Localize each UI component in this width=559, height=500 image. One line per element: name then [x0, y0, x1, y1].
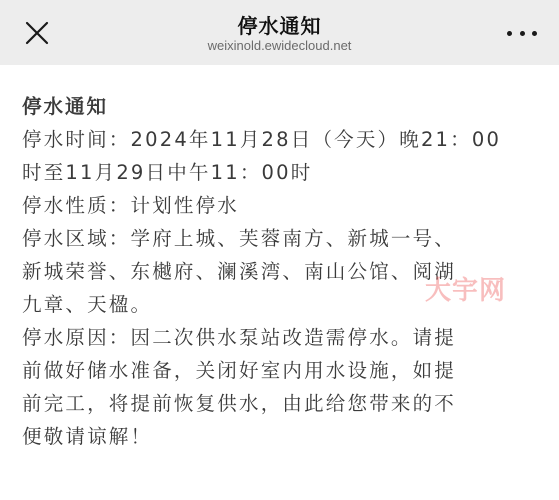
- text-line: 新城荣誉、东樾府、澜溪湾、南山公馆、阅湖: [22, 255, 542, 288]
- text-line: 停水性质：计划性停水: [22, 189, 542, 222]
- text-line: 停水时间：2024年11月28日（今天）晚21：00: [22, 123, 542, 156]
- page-url: weixinold.ewidecloud.net: [0, 38, 559, 53]
- top-navigation-bar: 停水通知 weixinold.ewidecloud.net: [0, 0, 559, 65]
- text-line: 前做好储水准备，关闭好室内用水设施，如提: [22, 354, 542, 387]
- page-title: 停水通知: [0, 10, 559, 39]
- text-line: 前完工，将提前恢复供水，由此给您带来的不: [22, 387, 542, 420]
- text-line: 九章、天楹。: [22, 288, 542, 321]
- text-line: 停水原因：因二次供水泵站改造需停水。请提: [22, 321, 542, 354]
- more-icon-dot: [532, 31, 537, 36]
- more-icon-dot: [507, 31, 512, 36]
- text-line: 停水区域：学府上城、芙蓉南方、新城一号、: [22, 222, 542, 255]
- text-line: 便敬请谅解！: [22, 420, 542, 453]
- text-line: 时至11月29日中午11：00时: [22, 156, 542, 189]
- article-heading: 停水通知: [22, 90, 542, 123]
- more-icon-dot: [520, 31, 525, 36]
- more-options-button[interactable]: [507, 24, 537, 42]
- article-body: 停水通知 停水时间：2024年11月28日（今天）晚21：00 时至11月29日…: [22, 90, 542, 453]
